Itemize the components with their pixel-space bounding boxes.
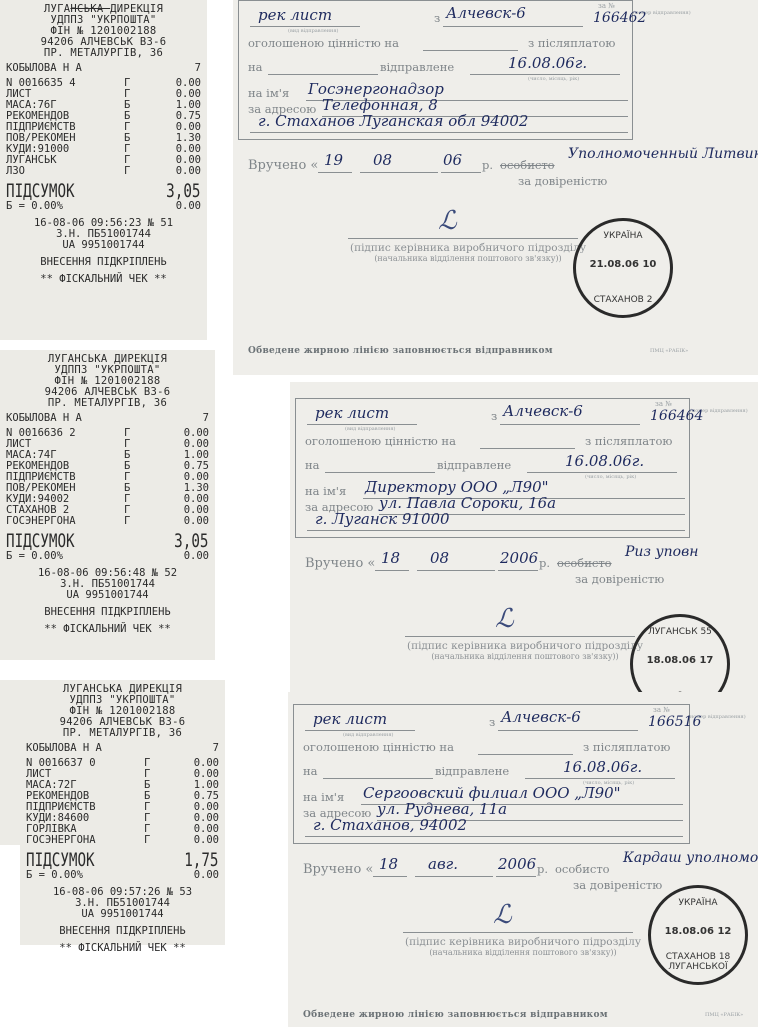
from-prefix: з — [434, 11, 440, 25]
delivered-month-line — [417, 570, 495, 571]
delivered-month: 08 — [430, 549, 449, 567]
vat-amount: 0.00 — [194, 870, 219, 881]
official-signature: ℒ — [438, 206, 457, 236]
cashier-name: КОБЫЛОВА Н А — [26, 743, 102, 754]
fiscal-receipt-3: ЛУГАНСЬКА ДИРЕКЦІЯ УДППЗ "УКРПОШТА" ФІН … — [20, 680, 225, 945]
sent-date: 16.08.06г. — [563, 758, 642, 776]
line-amount: 0.00 — [164, 835, 219, 846]
official-signature: ℒ — [493, 900, 512, 930]
receipt-vat: Б = 0.00% 0.00 — [6, 551, 209, 562]
sent-date-line — [527, 472, 677, 473]
receipt-lines: N 0016636 2Г0.00ЛИСТГ0.00МАСА:74ГБ1.00РЕ… — [6, 428, 209, 527]
line-amount: 0.00 — [144, 516, 209, 527]
personally-label: особисто — [555, 862, 610, 876]
on-label: на — [303, 764, 318, 778]
receipt-lines: N 0016635 4Г0.00ЛИСТГ0.00МАСА:76ГБ1.00РЕ… — [6, 78, 201, 177]
fiscal-receipt-1: ЛУГАНСЬКА ДИРЕКЦІЯ УДППЗ "УКРПОШТА" ФІН … — [0, 0, 207, 340]
total-label: ПІДСУМОК — [6, 531, 75, 551]
receipt-ua: UA 9951001744 — [26, 909, 219, 920]
receipt-operation: ВНЕСЕННЯ ПІДКРІПЛЕНЬ — [6, 607, 209, 618]
receipt-line-item: N 0016636 2Г0.00 — [6, 428, 209, 439]
delivery-notice-2: рек лист (вид відправлення) з Алчевск-6 … — [290, 382, 758, 692]
signature-caption-main: (підпис керівника виробничого підрозділу — [373, 936, 673, 948]
receipt-operation: ВНЕСЕННЯ ПІДКРІПЛЕНЬ — [26, 926, 219, 937]
number-label: за № — [598, 2, 615, 10]
declared-value-line — [423, 50, 518, 51]
total-label: ПІДСУМОК — [6, 181, 75, 201]
receipt-footer: 16-08-06 09:57:26 № 53 З.Н. ПБ51001744 U… — [26, 887, 219, 954]
receipt-header-line: ПР. МЕТАЛУРГІВ, 36 — [26, 728, 219, 739]
cashier-number: 7 — [213, 743, 219, 754]
cashier-number: 7 — [195, 63, 201, 74]
on-line — [268, 74, 378, 75]
on-line — [323, 778, 433, 779]
year-suffix: р. — [482, 158, 493, 172]
receipt-total: ПІДСУМОК 1,75 — [26, 850, 219, 870]
postmark-date: 18.08.06 12 — [651, 926, 745, 937]
receipt-fiscal-mark: ** ФІСКАЛЬНИЙ ЧЕК ** — [6, 624, 209, 635]
total-label: ПІДСУМОК — [26, 850, 95, 870]
footer-note: Обведене жирною лінією заповнюється відп… — [248, 346, 553, 356]
delivered-month: 08 — [373, 151, 392, 169]
receipt-cashier: КОБЫЛОВА Н А 7 — [6, 413, 209, 424]
total-amount: 3,05 — [166, 181, 200, 201]
receipt-header: ЛУГАНСЬКА ДИРЕКЦІЯ УДППЗ "УКРПОШТА" ФІН … — [6, 354, 209, 409]
receipt-line-item: N 0016637 0Г0.00 — [26, 758, 219, 769]
official-signature-line — [405, 636, 635, 637]
on-label: на — [305, 458, 320, 472]
delivered-label: Вручено « — [248, 158, 318, 173]
by-proxy-label: за довіреністю — [575, 572, 664, 586]
recipient-signature: Уполномоченный Литвинко — [568, 146, 758, 162]
receipt-vat: Б = 0.00% 0.00 — [6, 201, 201, 212]
receipt-total: ПІДСУМОК 3,05 — [6, 531, 208, 551]
postmark-bottom: СТАХАНОВ 2 — [576, 295, 670, 305]
signature-caption-main: (підпис керівника виробничого підрозділу — [375, 640, 675, 652]
item-kind-caption: (вид відправлення) — [345, 426, 396, 432]
address-line-2-rule — [250, 132, 628, 133]
receipt-footer: 16-08-06 09:56:23 № 51 З.Н. ПБ51001744 U… — [6, 218, 201, 285]
year-suffix: р. — [539, 556, 550, 570]
number-label: за № — [655, 400, 672, 408]
printer-mark: ПМЦ «РАБІК» — [705, 1012, 743, 1018]
receipt-header: ЛУГАНСЬКА ДИРЕКЦІЯ УДППЗ "УКРПОШТА" ФІН … — [6, 4, 201, 59]
addressee-label: на ім'я — [303, 790, 344, 804]
sent-date: 16.08.06г. — [565, 452, 644, 470]
official-signature: ℒ — [495, 604, 514, 634]
cod-label: з післяплатою — [528, 36, 615, 50]
recipient-signature: Риз уповн — [625, 544, 698, 560]
sent-date-caption: (число, місяць, рік) — [528, 76, 579, 82]
declared-value-label: оголошеною цінністю на — [303, 740, 454, 754]
delivered-day-line — [375, 570, 409, 571]
line-tax-group: Г — [124, 516, 144, 527]
delivered-day: 18 — [381, 549, 400, 567]
number-label: за № — [653, 706, 670, 714]
address-line-2-rule — [307, 530, 685, 531]
addressee-label: на ім'я — [305, 484, 346, 498]
delivered-day: 19 — [324, 151, 343, 169]
item-kind-caption: (вид відправлення) — [288, 28, 339, 34]
item-number: 166462 — [593, 10, 646, 26]
delivered-year-line — [496, 876, 536, 877]
receipt-header: ЛУГАНСЬКА ДИРЕКЦІЯ УДППЗ "УКРПОШТА" ФІН … — [26, 684, 219, 739]
postmark-top: УКРАЇНА — [576, 231, 670, 241]
delivered-month: авг. — [428, 855, 458, 873]
official-signature-line — [403, 932, 633, 933]
declared-value-line — [480, 448, 575, 449]
address-line-2: г. Стаханов Луганская обл 94002 — [258, 112, 528, 130]
sent-date-line — [470, 74, 620, 75]
receipt-lines: N 0016637 0Г0.00ЛИСТГ0.00МАСА:72ГБ1.00РЕ… — [26, 758, 219, 846]
from-office: Алчевск-6 — [501, 708, 581, 726]
footer-note: Обведене жирною лінією заповнюється відп… — [303, 1010, 608, 1020]
from-line — [443, 26, 583, 27]
sent-label: відправлене — [435, 764, 509, 778]
from-line — [498, 730, 638, 731]
declared-value-line — [478, 754, 573, 755]
delivered-label: Вручено « — [305, 556, 375, 571]
receipt-line-item: ГОСЭНЕРГОНАГ0.00 — [6, 516, 209, 527]
cashier-number: 7 — [203, 413, 209, 424]
postmark-top: ЛУГАНСЬК 55 — [633, 627, 727, 637]
delivered-year: 2006 — [500, 549, 538, 567]
receipt-cashier: КОБЫЛОВА Н А 7 — [6, 63, 201, 74]
addressee-label: на ім'я — [248, 86, 289, 100]
item-kind-line — [250, 26, 360, 27]
receipt-line-item: ГОСЭНЕРГОНАГ0.00 — [26, 835, 219, 846]
on-line — [325, 472, 435, 473]
personally-label: особисто — [500, 158, 555, 172]
from-prefix: з — [491, 409, 497, 423]
printer-mark: ПМЦ «РАБІК» — [650, 348, 688, 354]
cashier-name: КОБЫЛОВА Н А — [6, 63, 82, 74]
delivered-month-line — [415, 876, 493, 877]
postmark-date: 18.08.06 17 — [633, 655, 727, 666]
delivered-label: Вручено « — [303, 862, 373, 877]
line-amount: 0.00 — [144, 166, 201, 177]
cod-label: з післяплатою — [585, 434, 672, 448]
fiscal-receipt-2: ЛУГАНСЬКА ДИРЕКЦІЯ УДППЗ "УКРПОШТА" ФІН … — [0, 350, 215, 660]
vat-label: Б = 0.00% — [6, 551, 63, 562]
total-amount: 1,75 — [184, 850, 218, 870]
personally-label: особисто — [557, 556, 612, 570]
item-kind-line — [307, 424, 417, 425]
receipt-fiscal-mark: ** ФІСКАЛЬНИЙ ЧЕК ** — [6, 274, 201, 285]
item-kind-caption: (вид відправлення) — [343, 732, 394, 738]
postmark-bottom: СТАХАНОВ 18 ЛУГАНСЬКОЇ — [651, 952, 745, 972]
sent-date: 16.08.06г. — [508, 54, 587, 72]
line-name: ГОСЭНЕРГОНА — [26, 835, 144, 846]
declared-value-label: оголошеною цінністю на — [305, 434, 456, 448]
postmark-stamp: УКРАЇНА 18.08.06 12 СТАХАНОВ 18 ЛУГАНСЬК… — [648, 885, 748, 985]
signature-caption-main: (підпис керівника виробничого підрозділу — [318, 242, 618, 254]
postmark-stamp: УКРАЇНА 21.08.06 10 СТАХАНОВ 2 — [573, 218, 673, 318]
receipt-header-line: ПР. МЕТАЛУРГІВ, 36 — [6, 398, 209, 409]
line-name: ЛЗО — [6, 166, 124, 177]
postmark-date: 21.08.06 10 — [576, 259, 670, 270]
by-proxy-label: за довіреністю — [518, 174, 607, 188]
item-number: 166516 — [648, 714, 701, 730]
line-tax-group: Г — [124, 166, 144, 177]
receipt-line-item: ЛУГАНСЬКГ0.00 — [6, 155, 201, 166]
sent-date-caption: (число, місяць, рік) — [585, 474, 636, 480]
receipt-vat: Б = 0.00% 0.00 — [26, 870, 219, 881]
receipt-line-item: N 0016635 4Г0.00 — [6, 78, 201, 89]
delivered-day-line — [373, 876, 407, 877]
vat-label: Б = 0.00% — [6, 201, 63, 212]
item-kind-line — [305, 730, 415, 731]
year-suffix: р. — [537, 862, 548, 876]
sent-label: відправлене — [437, 458, 511, 472]
from-office: Алчевск-6 — [446, 4, 526, 22]
delivered-day: 18 — [379, 855, 398, 873]
by-proxy-label: за довіреністю — [573, 878, 662, 892]
item-kind: рек лист — [313, 710, 387, 728]
cod-label: з післяплатою — [583, 740, 670, 754]
line-tax-group: Г — [144, 835, 164, 846]
line-name: ГОСЭНЕРГОНА — [6, 516, 124, 527]
delivery-notice-1: рек лист (вид відправлення) з Алчевск-6 … — [233, 0, 758, 375]
sent-label: відправлене — [380, 60, 454, 74]
vat-amount: 0.00 — [184, 551, 209, 562]
receipt-line-item: ЛЗОГ0.00 — [6, 166, 201, 177]
vat-label: Б = 0.00% — [26, 870, 83, 881]
cashier-name: КОБЫЛОВА Н А — [6, 413, 82, 424]
official-signature-line — [348, 238, 578, 239]
on-label: на — [248, 60, 263, 74]
receipt-ua: UA 9951001744 — [6, 240, 201, 251]
delivered-year-line — [498, 570, 538, 571]
delivered-year: 06 — [443, 151, 462, 169]
from-line — [500, 424, 640, 425]
postmark-top: УКРАЇНА — [651, 898, 745, 908]
delivery-notice-3: рек лист (вид відправлення) з Алчевск-6 … — [288, 692, 758, 1027]
delivered-day-line — [318, 172, 352, 173]
signature-caption-sub: (начальника відділення поштового зв'язку… — [373, 948, 673, 957]
receipt-3-backing — [0, 680, 20, 845]
delivered-year: 2006 — [498, 855, 536, 873]
receipt-footer: 16-08-06 09:56:48 № 52 З.Н. ПБ51001744 U… — [6, 568, 209, 635]
recipient-signature: Кардаш уполномоченный — [623, 850, 758, 866]
receipt-operation: ВНЕСЕННЯ ПІДКРІПЛЕНЬ — [6, 257, 201, 268]
item-kind: рек лист — [258, 6, 332, 24]
total-amount: 3,05 — [174, 531, 208, 551]
signature-caption: (підпис керівника виробничого підрозділу… — [373, 936, 673, 957]
vat-amount: 0.00 — [176, 201, 201, 212]
address-line-2: г. Стаханов, 94002 — [313, 816, 467, 834]
item-number: 166464 — [650, 408, 703, 424]
declared-value-label: оголошеною цінністю на — [248, 36, 399, 50]
sent-date-line — [525, 778, 675, 779]
address-line-2: г. Луганск 91000 — [315, 510, 450, 528]
delivered-year-line — [441, 172, 481, 173]
from-office: Алчевск-6 — [503, 402, 583, 420]
receipt-header-line: ПР. МЕТАЛУРГІВ, 36 — [6, 48, 201, 59]
delivered-month-line — [360, 172, 438, 173]
receipt-ua: UA 9951001744 — [6, 590, 209, 601]
address-line-2-rule — [305, 836, 683, 837]
from-prefix: з — [489, 715, 495, 729]
receipt-fiscal-mark: ** ФІСКАЛЬНИЙ ЧЕК ** — [26, 943, 219, 954]
receipt-total: ПІДСУМОК 3,05 — [6, 181, 201, 201]
item-kind: рек лист — [315, 404, 389, 422]
receipt-cashier: КОБЫЛОВА Н А 7 — [26, 743, 219, 754]
